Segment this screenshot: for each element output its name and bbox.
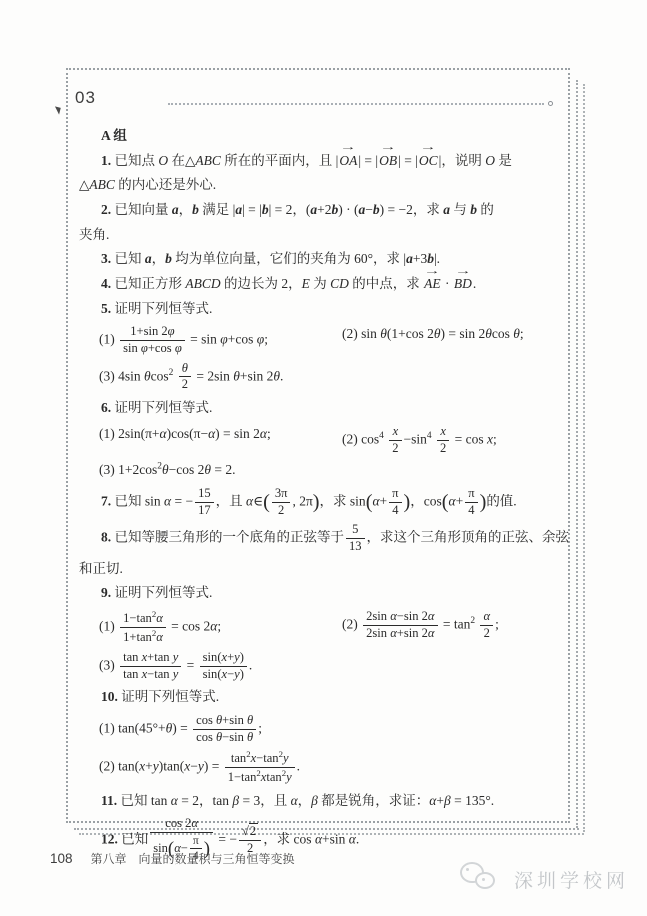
fraction-denominator: 2 [389, 441, 401, 457]
math-variable: α [349, 831, 356, 846]
fraction: π4 [465, 486, 477, 518]
math-variable: y [173, 650, 179, 664]
fraction-numerator: cos 2α [150, 816, 213, 833]
math-variable: α [260, 426, 267, 441]
vector-variable: b [192, 202, 199, 217]
fraction-numerator: π [465, 486, 477, 503]
math-variable: α [372, 493, 379, 508]
math-variable: y [234, 650, 240, 664]
problem-block: 10. 证明下列恒等式. [79, 685, 563, 710]
vector-variable: a [172, 202, 179, 217]
math-variable: x [251, 752, 257, 766]
math-variable: θ [204, 462, 211, 477]
formula: (2) cos4 x2−sin4 x2 = cos x; [342, 423, 497, 457]
problem-block: 6. 证明下列恒等式. [79, 396, 563, 421]
text-line: △ABC 的内心还是外心. [79, 173, 563, 198]
math-variable: α [191, 816, 198, 830]
problem-block: 4. 已知正方形 ABCD 的边长为 2，E 为 CD 的中点，求 AE · B… [79, 272, 563, 297]
problem-block: 9. 证明下列恒等式. [79, 581, 563, 606]
bold-text: 9. [101, 585, 111, 600]
text-line: 11. 已知 tan α = 2，tan β = 3，且 α，β 都是锐角，求证… [79, 789, 563, 814]
formula: (3) 4sin θcos2 θ2 = 2sin θ+sin 2θ. [79, 360, 563, 394]
math-variable: x [142, 667, 148, 681]
fraction: 2sin α−sin 2α2sin α+sin 2α [363, 609, 437, 641]
math-variable: ABCD [185, 276, 220, 291]
vector-arrow: OC [418, 150, 439, 173]
math-variable: α [208, 426, 215, 441]
stacked-page-edge-right-1 [576, 80, 578, 828]
problem-block: 3. 已知 a，b 均为单位向量，它们的夹角为 60°，求 |a+3b|. [79, 247, 563, 272]
footer-page-number: 108 [50, 851, 73, 866]
math-variable: α [483, 609, 490, 623]
superscript: 2 [470, 616, 475, 626]
fraction-numerator: tan x+tan y [120, 650, 181, 667]
math-variable: x [393, 424, 399, 438]
bold-text: 8. [101, 530, 111, 545]
fraction-numerator: sin(x+y) [200, 650, 247, 667]
big-paren-right: ) [480, 491, 487, 513]
math-variable: α [156, 611, 163, 625]
big-paren-right: ) [313, 491, 320, 513]
text-line: 6. 证明下列恒等式. [79, 396, 563, 421]
bold-text: 12. [101, 831, 118, 846]
stacked-page-edge-right-2 [583, 84, 585, 832]
logo-eye-dot [482, 878, 485, 881]
fraction: 3π2 [272, 486, 291, 518]
math-variable: x [222, 667, 228, 681]
math-variable: φ [257, 332, 264, 347]
fraction-numerator: 15 [195, 486, 214, 503]
math-variable: y [153, 759, 159, 774]
vector-variable: a [443, 202, 450, 217]
chat-bubbles-logo-icon [458, 860, 502, 898]
text-line: 9. 证明下列恒等式. [79, 581, 563, 606]
fraction-denominator: 13 [346, 539, 365, 555]
fraction-numerator: x [437, 424, 449, 441]
formula: (1) 1+sin 2φsin φ+cos φ = sin φ+cos φ; [99, 323, 342, 357]
footer-chapter: 第八章 [91, 852, 127, 866]
fraction-denominator: 2 [437, 441, 449, 457]
math-variable: φ [175, 341, 182, 355]
math-variable: α [428, 609, 435, 623]
watermark: 深圳学校网 [458, 860, 629, 898]
math-variable: θ [144, 368, 151, 383]
fraction-denominator: sin φ+cos φ [120, 341, 185, 357]
math-variable: θ [513, 326, 520, 341]
fraction-denominator: tan x−tan y [120, 667, 181, 683]
text-line: 2. 已知向量 a，b 满足 |a| = |b| = 2，(a+2b) · (a… [79, 198, 563, 223]
problem-block: 5. 证明下列恒等式. [79, 297, 563, 322]
math-variable: α [429, 793, 436, 808]
vector-variable: a [235, 202, 242, 217]
vector-arrow: OB [378, 150, 398, 173]
text-line: 10. 证明下列恒等式. [79, 685, 563, 710]
problem-block: 11. 已知 tan α = 2，tan β = 3，且 α，β 都是锐角，求证… [79, 789, 563, 814]
math-variable: ABC [89, 177, 115, 192]
fraction: π4 [389, 486, 401, 518]
fraction-denominator: 2 [179, 377, 191, 393]
fraction: θ2 [179, 361, 191, 393]
fraction-numerator: 5 [346, 522, 365, 539]
fraction: 1+sin 2φsin φ+cos φ [120, 324, 185, 356]
math-variable: x [440, 424, 446, 438]
vector-variable: b [262, 202, 269, 217]
math-variable: α [315, 831, 322, 846]
math-variable: α [210, 619, 217, 634]
footer-chapter-title: 向量的数量积与三角恒等变换 [139, 852, 295, 866]
header-dotted-rule [168, 103, 544, 105]
big-paren-left: ( [263, 491, 270, 513]
math-variable: ABC [195, 153, 221, 168]
math-variable: α [160, 426, 167, 441]
fraction-denominator: 17 [195, 503, 214, 519]
vector-arrow: OA [338, 150, 358, 173]
big-paren-right: ) [404, 491, 411, 513]
fraction-numerator: 1−tan2α [120, 609, 166, 628]
fraction: x2 [437, 424, 449, 456]
math-variable: θ [485, 326, 492, 341]
math-variable: y [234, 667, 240, 681]
logo-eye-dot [466, 868, 469, 871]
fraction: x2 [389, 424, 401, 456]
math-variable: O [485, 153, 495, 168]
scan-artifact-mark [53, 106, 61, 114]
fraction: α2 [480, 609, 493, 641]
math-variable: β [444, 793, 451, 808]
fraction-denominator: 1+tan2α [120, 628, 166, 646]
math-variable: θ [182, 361, 188, 375]
fraction-numerator: π [190, 834, 202, 850]
bold-text: 6. [101, 400, 111, 415]
text-line: 7. 已知 sin α = −1517，且 α∈(3π2, 2π)，求 sin(… [79, 484, 563, 520]
text-line: 4. 已知正方形 ABCD 的边长为 2，E 为 CD 的中点，求 AE · B… [79, 272, 563, 297]
problem-block: 7. 已知 sin α = −1517，且 α∈(3π2, 2π)，求 sin(… [79, 484, 563, 520]
bold-text: 4. [101, 276, 111, 291]
fraction-numerator: π [389, 486, 401, 503]
fraction-denominator: 4 [389, 503, 401, 519]
math-variable: x [184, 759, 190, 774]
math-variable: y [283, 752, 289, 766]
page-footer: 108第八章向量的数量积与三角恒等变换 [50, 850, 295, 867]
math-variable: θ [380, 326, 387, 341]
bold-text: 7. [101, 493, 111, 508]
formula: (1) 1−tan2α1+tan2α = cos 2α; [99, 608, 342, 647]
math-variable: φ [220, 332, 227, 347]
math-variable: y [173, 667, 179, 681]
math-variable: β [311, 793, 318, 808]
math-variable: O [158, 153, 168, 168]
fraction-denominator: 2 [272, 503, 291, 519]
formula: (1) 2sin(π+α)cos(π−α) = sin 2α; [99, 423, 342, 457]
vector-variable: b [470, 202, 477, 217]
math-variable: θ [162, 462, 169, 477]
text-line: 3. 已知 a，b 均为单位向量，它们的夹角为 60°，求 |a+3b|. [79, 247, 563, 272]
vector-variable: a [310, 202, 317, 217]
math-variable: x [487, 431, 493, 446]
text-line: 1. 已知点 O 在△ABC 所在的平面内，且 |OA| = |OB| = |O… [79, 149, 563, 174]
math-variable: x [261, 770, 267, 784]
math-variable: φ [168, 324, 175, 338]
math-variable: α [156, 630, 163, 644]
text-line: 和正切. [79, 557, 563, 582]
problems: A 组1. 已知点 O 在△ABC 所在的平面内，且 |OA| = |OB| =… [79, 124, 563, 867]
superscript: 4 [427, 431, 432, 441]
problem-block: 8. 已知等腰三角形的一个底角的正弦等于513，求这个三角形顶角的正弦、余弦和正… [79, 520, 563, 581]
rule-end-circle-icon [548, 101, 553, 106]
fraction-denominator: 2 [480, 626, 493, 642]
formula: (2) tan(x+y)tan(x−y) = tan2x−tan2y1−tan2… [79, 748, 563, 787]
math-variable: y [286, 770, 292, 784]
vector-variable: a [406, 251, 413, 266]
math-variable: θ [434, 326, 441, 341]
superscript: 4 [379, 431, 384, 441]
vector-variable: a [359, 202, 366, 217]
math-variable: α [171, 793, 178, 808]
math-variable: α [164, 493, 171, 508]
math-variable: θ [273, 368, 280, 383]
math-variable: α [390, 609, 397, 623]
bold-text: 5. [101, 301, 111, 316]
math-variable: x [142, 650, 148, 664]
superscript: 2 [169, 368, 174, 378]
fraction-numerator: 3π [272, 486, 291, 503]
vector-variable: a [145, 251, 152, 266]
formula-row: (1) 1−tan2α1+tan2α = cos 2α;(2) 2sin α−s… [79, 608, 563, 647]
text-line: 夹角. [79, 223, 563, 248]
radicand: 2 [249, 823, 258, 838]
fraction-denominator: 4 [465, 503, 477, 519]
formula: (3) tan x+tan ytan x−tan y = sin(x+y)sin… [79, 649, 563, 683]
vector-arrow: BD [453, 273, 473, 296]
fraction-numerator: 2sin α−sin 2α [363, 609, 437, 626]
math-variable: α [291, 793, 298, 808]
math-variable: θ [216, 730, 222, 744]
math-variable: α [390, 626, 397, 640]
fraction: 513 [346, 522, 365, 554]
fraction-denominator: 1−tan2xtan2y [225, 768, 295, 786]
text-line: A 组 [79, 124, 563, 149]
fraction-denominator: sin(x−y) [200, 667, 247, 683]
formula: (2) sin θ(1+cos 2θ) = sin 2θcos θ; [342, 323, 524, 357]
fraction: 1−tan2α1+tan2α [120, 609, 166, 646]
problem-block: 2. 已知向量 a，b 满足 |a| = |b| = 2，(a+2b) · (a… [79, 198, 563, 247]
bold-text: 2. [101, 202, 111, 217]
text-line: 5. 证明下列恒等式. [79, 297, 563, 322]
watermark-text: 深圳学校网 [514, 866, 629, 893]
formula-row: (1) 2sin(π+α)cos(π−α) = sin 2α;(2) cos4 … [79, 423, 563, 457]
bold-text: 10. [101, 689, 118, 704]
math-variable: θ [216, 713, 222, 727]
formula: (2) 2sin α−sin 2α2sin α+sin 2α = tan2 α2… [342, 608, 499, 647]
fraction-numerator: √2 [239, 824, 261, 841]
vector-variable: b [165, 251, 172, 266]
bold-text: 1. [101, 153, 111, 168]
fraction-numerator: 1+sin 2φ [120, 324, 185, 341]
fraction: tan x+tan ytan x−tan y [120, 650, 181, 682]
math-variable: x [222, 650, 228, 664]
fraction-numerator: θ [179, 361, 191, 378]
logo-bubble-small [475, 872, 495, 889]
problem-block: A 组 [79, 124, 563, 149]
vector-arrow: AE [423, 273, 442, 296]
math-variable: θ [233, 368, 240, 383]
math-variable: β [232, 793, 239, 808]
page-corner-label: 03 [75, 88, 96, 108]
formula: (1) tan(45°+θ) = cos θ+sin θcos θ−sin θ; [79, 712, 563, 746]
vector-variable: b [332, 202, 339, 217]
math-variable: θ [166, 720, 173, 735]
math-variable: x [139, 759, 145, 774]
bold-text: A 组 [101, 128, 127, 143]
math-variable: E [302, 276, 310, 291]
math-variable: θ [247, 713, 253, 727]
square-root: √2 [242, 823, 258, 838]
bold-text: 3. [101, 251, 111, 266]
fraction-denominator: 2sin α+sin 2α [363, 626, 437, 642]
fraction: 1517 [195, 486, 214, 518]
fraction: sin(x+y)sin(x−y) [200, 650, 247, 682]
vector-variable: b [373, 202, 380, 217]
text-line: 8. 已知等腰三角形的一个底角的正弦等于513，求这个三角形顶角的正弦、余弦 [79, 520, 563, 556]
fraction: cos θ+sin θcos θ−sin θ [193, 713, 256, 745]
math-variable: θ [247, 730, 253, 744]
fraction-numerator: x [389, 424, 401, 441]
fraction-numerator: cos θ+sin θ [193, 713, 256, 730]
formula-row: (1) 1+sin 2φsin φ+cos φ = sin φ+cos φ;(2… [79, 323, 563, 357]
big-paren-left: ( [442, 491, 449, 513]
fraction-numerator: α [480, 609, 493, 626]
math-variable: φ [141, 341, 148, 355]
math-variable: α [428, 626, 435, 640]
problem-block: 1. 已知点 O 在△ABC 所在的平面内，且 |OA| = |OB| = |O… [79, 149, 563, 198]
math-variable: y [198, 759, 204, 774]
formula: (3) 1+2cos2θ−cos 2θ = 2. [79, 459, 563, 482]
fraction: tan2x−tan2y1−tan2xtan2y [225, 749, 295, 786]
math-variable: α [449, 493, 456, 508]
math-variable: α [246, 493, 253, 508]
fraction-denominator: cos θ−sin θ [193, 730, 256, 746]
bold-text: 11. [101, 793, 117, 808]
math-variable: CD [330, 276, 349, 291]
fraction-numerator: tan2x−tan2y [225, 749, 295, 768]
